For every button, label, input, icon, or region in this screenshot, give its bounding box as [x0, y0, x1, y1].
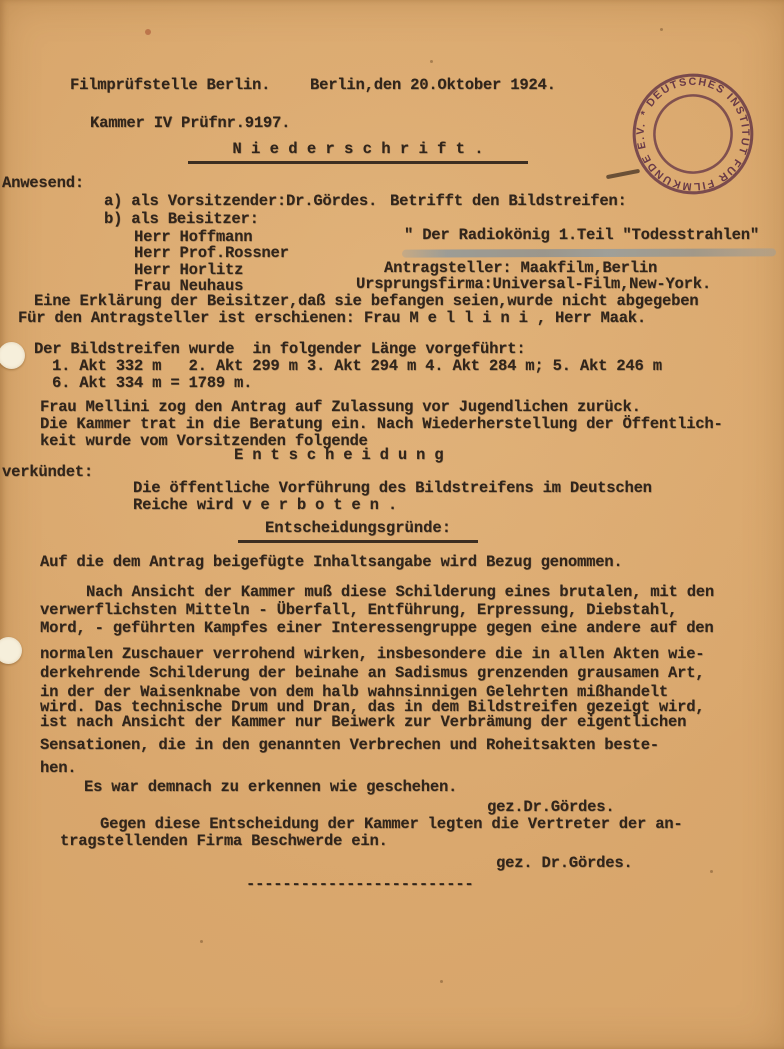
reason-line: ist nach Ansicht der Kammer nur Beiwerk … — [40, 714, 686, 731]
paper-speck — [430, 60, 433, 63]
erschienen-line: Für den Antragsteller ist erschienen: Fr… — [18, 310, 646, 327]
beschwerde-line: Gegen diese Entscheidung der Kammer legt… — [100, 816, 683, 833]
film-title: " Der Radiokönig 1.Teil "Todesstrahlen" — [404, 227, 759, 244]
beschwerde-line: tragstellenden Firma Beschwerde ein. — [60, 833, 388, 850]
divider-dashes: ------------------------- — [246, 876, 474, 893]
befangen-line: Eine Erklärung der Beisitzer,daß sie bef… — [34, 293, 698, 310]
verdict-line: Die öffentliche Vorführung des Bildstrei… — [133, 480, 652, 497]
gruende-heading: Entscheidungsgründe: — [238, 520, 478, 543]
verkuendet-label: verkündet: — [2, 464, 93, 481]
gruende-intro: Auf die dem Antrag beigefügte Inhaltsang… — [40, 554, 623, 571]
reason-line: hen. — [40, 760, 76, 777]
case-ref: Kammer IV Prüfnr.9197. — [90, 115, 290, 132]
anwesend-label: Anwesend: — [2, 175, 84, 192]
institute-stamp: * DEUTSCHES INSTITUT FÜR FILMKUNDE E.V. — [604, 45, 783, 224]
betrifft-label: Betrifft den Bildstreifen: — [390, 193, 627, 210]
reason-line: Sensationen, die in den genannten Verbre… — [40, 737, 659, 754]
beisitzer-label: b) als Beisitzer: — [104, 211, 259, 228]
reason-line: normalen Zuschauer verrohend wirken, ins… — [40, 646, 704, 663]
reason-line: Mord, - geführten Kampfes einer Interess… — [40, 620, 714, 637]
stamp-ring-text: * DEUTSCHES INSTITUT FÜR FILMKUNDE E.V. — [620, 61, 767, 208]
mellini-line: Frau Mellini zog den Antrag auf Zulassun… — [40, 399, 641, 416]
vorsitzender-line: a) als Vorsitzender:Dr.Gördes. — [104, 193, 377, 210]
hole-punch-top — [0, 342, 25, 369]
paper-speck — [145, 29, 151, 35]
signature: gez. Dr.Gördes. — [496, 855, 633, 872]
beisitzer-name: Herr Prof.Rossner — [134, 245, 289, 262]
document-title: N i e d e r s c h r i f t . — [188, 141, 528, 164]
reason-line: derkehrende Schilderung der beinahe an S… — [40, 665, 704, 682]
reason-line: Nach Ansicht der Kammer muß diese Schild… — [86, 584, 714, 601]
hole-punch-bottom — [0, 637, 22, 664]
akte-line: 6. Akt 334 m = 1789 m. — [52, 375, 252, 392]
paper-speck — [440, 980, 443, 983]
beratung-line: Die Kammer trat in die Beratung ein. Nac… — [40, 416, 723, 433]
film-title-pencil-underline — [402, 248, 776, 257]
signature: gez.Dr.Gördes. — [487, 799, 614, 816]
paper-speck — [200, 940, 203, 943]
entscheidung-heading: E n t s c h e i d u n g — [234, 447, 443, 464]
dateline: Berlin,den 20.Oktober 1924. — [310, 77, 556, 94]
laenge-intro: Der Bildstreifen wurde in folgender Läng… — [34, 341, 525, 358]
reason-line: verwerflichsten Mitteln - Überfall, Entf… — [40, 602, 677, 619]
ursprungsfirma-line: Ursprungsfirma:Universal-Film,New-York. — [356, 276, 711, 293]
akte-line: 1. Akt 332 m 2. Akt 299 m 3. Akt 294 m 4… — [52, 358, 662, 375]
verdict-line: Reiche wird v e r b o t e n . — [133, 497, 397, 514]
paper-speck — [660, 28, 663, 31]
svg-text:* DEUTSCHES INSTITUT FÜR FILMK: * DEUTSCHES INSTITUT FÜR FILMKUNDE E.V. — [620, 61, 767, 208]
paper-speck — [710, 870, 713, 873]
sender-line: Filmprüfstelle Berlin. — [70, 77, 270, 94]
document-page: Filmprüfstelle Berlin. Berlin,den 20.Okt… — [0, 0, 784, 1049]
closing-line: Es war demnach zu erkennen wie geschehen… — [84, 779, 457, 796]
